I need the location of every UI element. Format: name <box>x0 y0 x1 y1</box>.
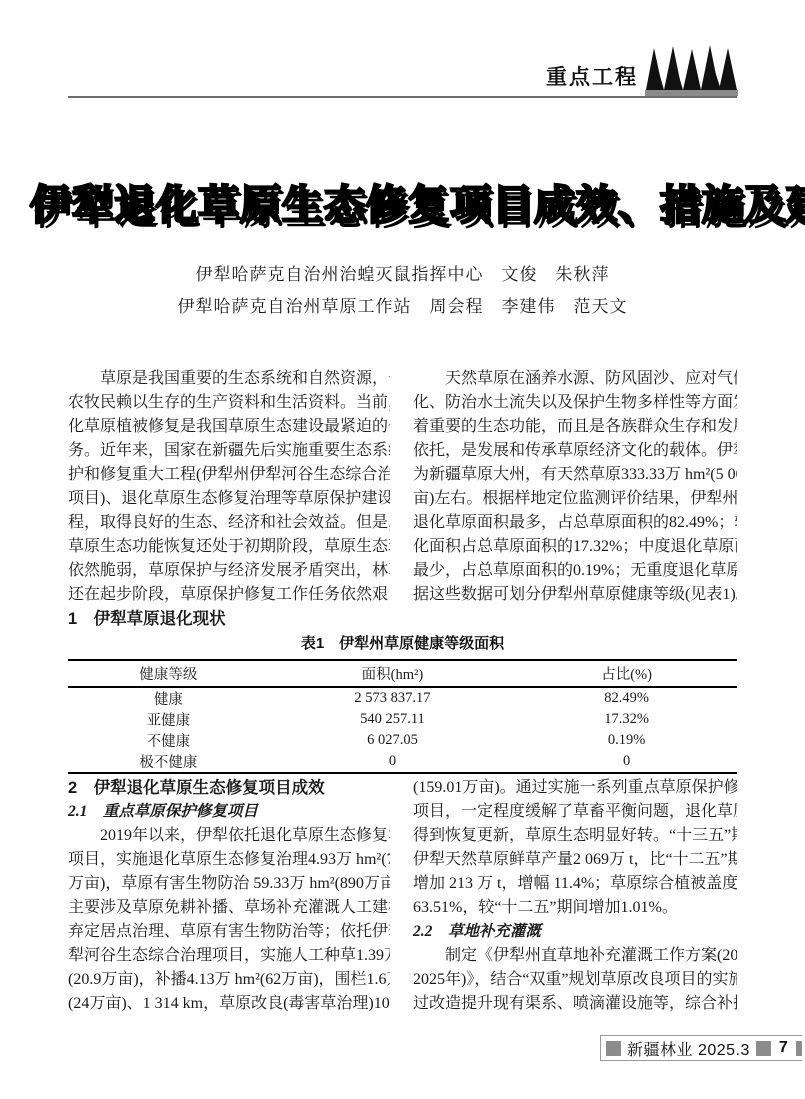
text-line: 最少，占总草原面积的0.19%；无重度退化草原。依 <box>413 559 737 583</box>
text-line: 项目)、退化草原生态修复治理等草原保护建设工 <box>68 487 390 511</box>
text-line: 农牧民赖以生存的生产资料和生活资料。当前，退 <box>68 391 390 415</box>
text-line: 还在起步阶段，草原保护修复工作任务依然艰巨。 <box>68 583 390 607</box>
subsection-heading: 2.1 重点草原保护修复项目 <box>68 800 390 824</box>
table-cell: 6 027.05 <box>269 730 517 751</box>
footer-bar <box>796 1041 802 1056</box>
health-grade-table: 健康等级面积(hm²)占比(%) 健康2 573 837.1782.49%亚健康… <box>68 659 737 774</box>
page-number: 7 <box>777 1039 790 1057</box>
table-row: 不健康6 027.050.19% <box>68 730 737 751</box>
trees-icon <box>645 44 738 97</box>
text-line: 护和修复重大工程(伊犁州伊犁河谷生态综合治理 <box>68 463 390 487</box>
table-row: 极不健康00 <box>68 751 737 773</box>
table1-container: 表1 伊犁州草原健康等级面积 健康等级面积(hm²)占比(%) 健康2 573 … <box>68 635 737 774</box>
column-right-top: 天然草原在涵养水源、防风固沙、应对气候变化、防治水土流失以及保护生物多样性等方面… <box>413 367 737 607</box>
text-line: 据这些数据可划分伊犁州草原健康等级(见表1)。 <box>413 583 737 607</box>
table-cell: 0.19% <box>516 730 737 751</box>
text-line: 犁河谷生态综合治理项目，实施人工种草1.39万 hm² <box>68 944 390 968</box>
text-line: 化、防治水土流失以及保护生物多样性等方面发挥 <box>413 391 737 415</box>
table-header-cell: 面积(hm²) <box>269 660 517 687</box>
table-cell: 0 <box>269 751 517 773</box>
table-cell: 2 573 837.17 <box>269 687 517 709</box>
column-left-bottom: 2 伊犁退化草原生态修复项目成效2.1 重点草原保护修复项目2019年以来，伊犁… <box>68 776 390 1016</box>
section-heading: 1 伊犁草原退化现状 <box>68 607 390 631</box>
column-right-bottom: (159.01万亩)。通过实施一系列重点草原保护修复项目，一定程度缓解了草畜平衡… <box>413 776 737 1016</box>
section-heading: 2 伊犁退化草原生态修复项目成效 <box>68 776 390 800</box>
journal-name: 新疆林业 2025.3 <box>627 1037 750 1060</box>
text-line: 项目，一定程度缓解了草畜平衡问题，退化草原植被 <box>413 800 737 824</box>
text-line: 得到恢复更新，草原生态明显好转。“十三五”期间， <box>413 824 737 848</box>
author-block: 伊犁哈萨克自治州治蝗灭鼠指挥中心 文俊 朱秋萍 伊犁哈萨克自治州草原工作站 周会… <box>0 259 805 323</box>
footer-square-icon <box>606 1041 621 1056</box>
table-cell: 不健康 <box>68 730 269 751</box>
text-line: 务。近年来，国家在新疆先后实施重要生态系统保 <box>68 439 390 463</box>
text-line: 程，取得良好的生态、经济和社会效益。但是，伊犁 <box>68 511 390 535</box>
page-title: 伊犁退化草原生态修复项目成效、措施及建议 <box>30 181 775 230</box>
text-line: 万亩)，草原有害生物防治 59.33万 hm²(890万亩)， <box>68 872 390 896</box>
text-line: (159.01万亩)。通过实施一系列重点草原保护修复 <box>413 776 737 800</box>
table1-caption: 表1 伊犁州草原健康等级面积 <box>68 635 737 653</box>
text-line: 草原生态功能恢复还处于初期阶段，草原生态环境 <box>68 535 390 559</box>
text-line: 退化草原面积最多，占总草原面积的82.49%；轻度退 <box>413 511 737 535</box>
text-line: (20.9万亩)，补播4.13万 hm²(62万亩)，围栏1.6万 hm² <box>68 968 390 992</box>
text-line: 着重要的生态功能，而且是各族群众生存和发展的 <box>413 415 737 439</box>
text-line: 依托，是发展和传承草原经济文化的载体。伊犁作 <box>413 439 737 463</box>
table-header-row: 健康等级面积(hm²)占比(%) <box>68 660 737 687</box>
section-label: 重点工程 <box>400 61 638 91</box>
table-cell: 17.32% <box>516 709 737 730</box>
text-line: (24万亩)、1 314 km，草原改良(毒害草治理)10.6万 hm² <box>68 992 390 1016</box>
text-line: 化面积占总草原面积的17.32%；中度退化草原面积 <box>413 535 737 559</box>
footer-square-icon <box>756 1041 771 1056</box>
header-divider <box>68 96 737 98</box>
author-line: 伊犁哈萨克自治州治蝗灭鼠指挥中心 文俊 朱秋萍 <box>0 259 805 291</box>
table-cell: 540 257.11 <box>269 709 517 730</box>
author-line: 伊犁哈萨克自治州草原工作站 周会程 李建伟 范天文 <box>0 291 805 323</box>
text-line: 化草原植被修复是我国草原生态建设最紧迫的任 <box>68 415 390 439</box>
text-line: 天然草原在涵养水源、防风固沙、应对气候变 <box>413 367 737 391</box>
text-line: 2019年以来，伊犁依托退化草原生态修复治理 <box>68 824 390 848</box>
text-line: 主要涉及草原免耕补播、草场补充灌溉人工建植、废 <box>68 896 390 920</box>
table-cell: 亚健康 <box>68 709 269 730</box>
column-left-top: 草原是我国重要的生态系统和自然资源，也是农牧民赖以生存的生产资料和生活资料。当前… <box>68 367 390 631</box>
table-cell: 82.49% <box>516 687 737 709</box>
text-line: 亩)左右。根据样地定位监测评价结果，伊犁州直未 <box>413 487 737 511</box>
table-row: 亚健康540 257.1117.32% <box>68 709 737 730</box>
text-line: 2025年)》，结合“双重”规划草原改良项目的实施，通 <box>413 968 737 992</box>
text-line: 项目，实施退化草原生态修复治理4.93万 hm²(73.98 <box>68 848 390 872</box>
text-line: 伊犁天然草原鲜草产量2 069万 t，比“十二五”期间 <box>413 848 737 872</box>
text-line: 增加 213 万 t，增幅 11.4%；草原综合植被盖度达 <box>413 872 737 896</box>
text-line: 63.51%，较“十二五”期间增加1.01%。 <box>413 896 737 920</box>
text-line: 弃定居点治理、草原有害生物防治等；依托伊犁州伊 <box>68 920 390 944</box>
table-row: 健康2 573 837.1782.49% <box>68 687 737 709</box>
journal-page: { "page": { "header": { "section_label":… <box>0 0 805 1099</box>
text-line: 制定《伊犁州直草地补充灌溉工作方案(2023- <box>413 944 737 968</box>
subsection-heading: 2.2 草地补充灌溉 <box>413 920 737 944</box>
table-cell: 0 <box>516 751 737 773</box>
table-cell: 极不健康 <box>68 751 269 773</box>
table-cell: 健康 <box>68 687 269 709</box>
table-header-cell: 占比(%) <box>516 660 737 687</box>
table-header-cell: 健康等级 <box>68 660 269 687</box>
text-line: 为新疆草原大州，有天然草原333.33万 hm²(5 000万 <box>413 463 737 487</box>
text-line: 依然脆弱，草原保护与经济发展矛盾突出，林草融合 <box>68 559 390 583</box>
text-line: 草原是我国重要的生态系统和自然资源，也是 <box>68 367 390 391</box>
text-line: 过改造提升现有渠系、喷滴灌设施等，综合补播改 <box>413 992 737 1016</box>
page-footer: 新疆林业 2025.3 7 <box>600 1035 802 1061</box>
